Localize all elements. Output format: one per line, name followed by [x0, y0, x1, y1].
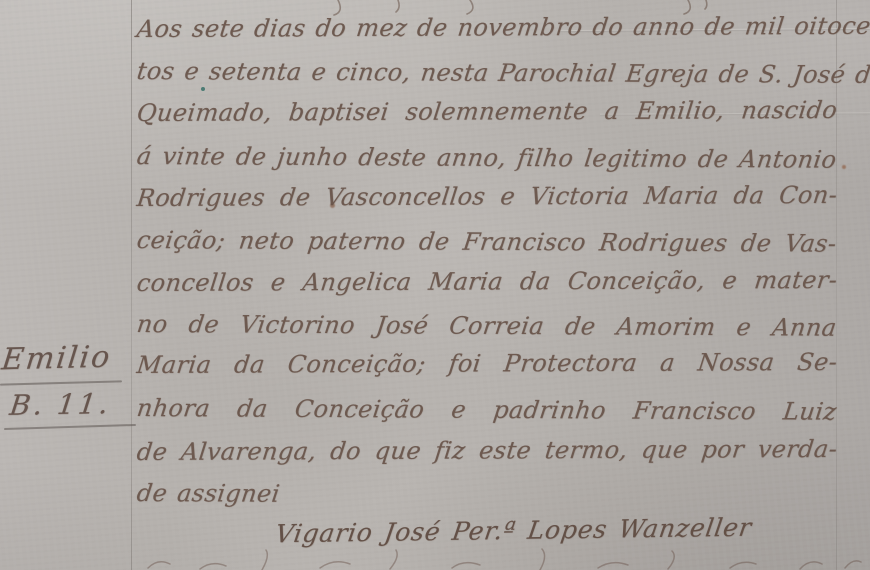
record-line: nhora da Conceição e padrinho Francisco … [135, 394, 838, 426]
record-line: de Alvarenga, do que fiz este termo, que… [135, 435, 839, 466]
record-line: tos e setenta e cinco, nesta Parochial E… [135, 57, 838, 89]
record-line: Aos sete dias do mez de novembro do anno… [135, 12, 839, 43]
vicar-signature: Vigario José Per.ª Lopes Wanzeller [273, 513, 753, 549]
record-line: Rodrigues de Vasconcellos e Victoria Mar… [135, 181, 839, 212]
record-line: á vinte de junho deste anno, filho legit… [135, 142, 838, 174]
record-line: no de Victorino José Correia de Amorim e… [135, 310, 838, 342]
margin-rule-line [131, 0, 132, 570]
record-line: Maria da Conceição; foi Protectora a Nos… [135, 348, 839, 379]
record-line: ceição; neto paterno de Francisco Rodrig… [135, 226, 838, 258]
margin-underline [0, 380, 122, 385]
ink-speck [201, 87, 205, 91]
record-line: Queimado, baptisei solemnemente a Emilio… [135, 96, 839, 127]
margin-entry-number: B. 11. [8, 387, 113, 422]
paper-stain [842, 165, 846, 169]
margin-underline [4, 424, 136, 430]
scanned-baptismal-record-page: Emilio B. 11. Aos sete dias do mez de no… [0, 0, 870, 570]
record-line: de assignei [135, 479, 838, 511]
record-line: concellos e Angelica Maria da Conceição,… [135, 266, 839, 297]
margin-entry-name: Emilio [0, 340, 113, 378]
